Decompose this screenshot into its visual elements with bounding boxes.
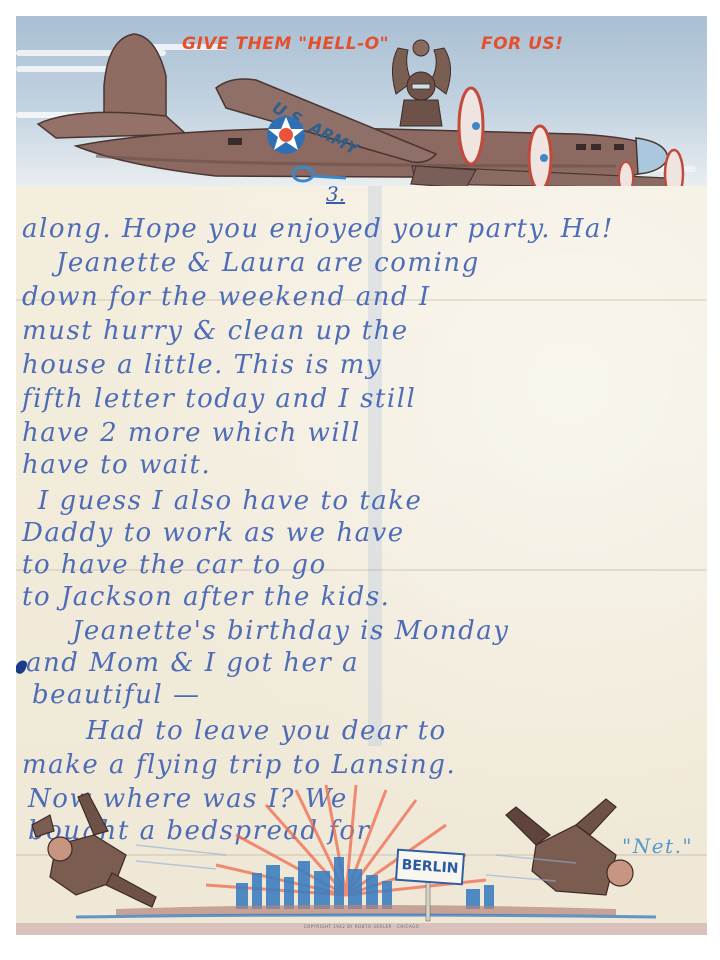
- letter-line: Jeanette & Laura are coming: [56, 248, 480, 278]
- berlin-sign: BERLIN: [395, 849, 465, 886]
- letter-line: beautiful —: [32, 680, 201, 710]
- letter-line: house a little. This is my: [22, 350, 382, 380]
- letter-line: to Jackson after the kids.: [22, 582, 390, 612]
- letter-line: fifth letter today and I still: [22, 384, 416, 414]
- footer-illustration: BERLIN COPYRIGHT 1942 BY ROBTO SERLER · …: [16, 785, 707, 935]
- letter-line: Daddy to work as we have: [22, 518, 405, 548]
- letter-line: I guess I also have to take: [38, 486, 422, 516]
- letter-line: Jeanette's birthday is Monday: [72, 616, 509, 646]
- letter-line: must hurry & clean up the: [22, 316, 409, 346]
- letter-line: down for the weekend and I: [22, 282, 431, 312]
- falling-soldier-right: [506, 799, 633, 895]
- letter-page: U.S. ARMY: [16, 16, 707, 935]
- letter-line: Had to leave you dear to: [86, 716, 447, 746]
- berlin-explosion-illustration: [16, 785, 707, 935]
- letter-line: have to wait.: [22, 450, 211, 480]
- letter-line: to have the car to go: [22, 550, 327, 580]
- letter-line: have 2 more which will: [22, 418, 361, 448]
- falling-soldier-left: [32, 793, 156, 907]
- letter-line: along. Hope you enjoyed your party. Ha!: [22, 214, 614, 244]
- copyright-notice: COPYRIGHT 1942 BY ROBTO SERLER · CHICAGO: [16, 924, 707, 929]
- letter-line: and Mom & I got her a: [26, 648, 359, 678]
- letter-line: make a flying trip to Lansing.: [22, 750, 456, 780]
